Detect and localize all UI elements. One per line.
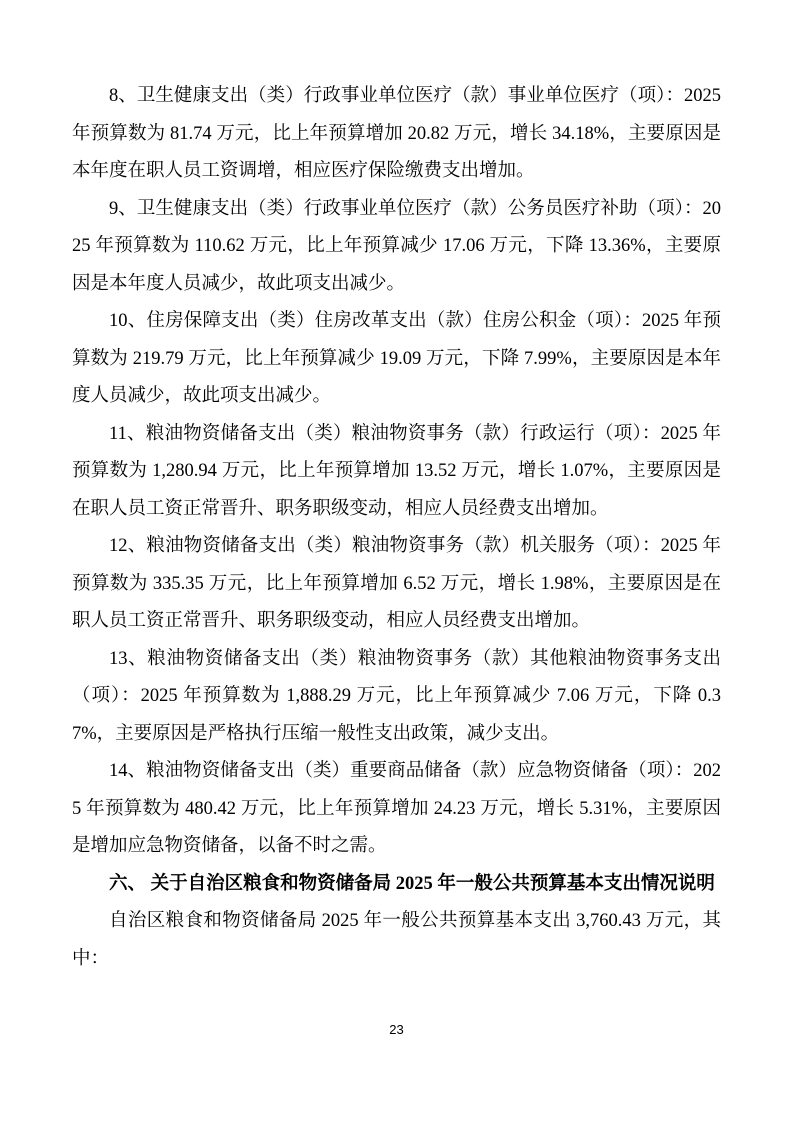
budget-item-paragraph-11: 11、粮油物资储备支出（类）粮油物资事务（款）行政运行（项）：2025 年预算数… — [72, 416, 721, 529]
budget-item-paragraph-8: 8、卫生健康支出（类）行政事业单位医疗（款）事业单位医疗（项）：2025 年预算… — [72, 78, 721, 191]
budget-item-paragraph-9: 9、卫生健康支出（类）行政事业单位医疗（款）公务员医疗补助（项）：2025 年预… — [72, 191, 721, 304]
budget-item-paragraph-14: 14、粮油物资储备支出（类）重要商品储备（款）应急物资储备（项）：2025 年预… — [72, 753, 721, 866]
closing-paragraph: 自治区粮食和物资储备局 2025 年一般公共预算基本支出 3,760.43 万元… — [72, 903, 721, 978]
section-heading: 六、 关于自治区粮食和物资储备局 2025 年一般公共预算基本支出情况说明 — [72, 866, 721, 904]
page-number: 23 — [389, 1022, 403, 1037]
document-page: 8、卫生健康支出（类）行政事业单位医疗（款）事业单位医疗（项）：2025 年预算… — [0, 0, 793, 1122]
page-footer: 23 — [0, 1022, 793, 1038]
budget-item-paragraph-10: 10、住房保障支出（类）住房改革支出（款）住房公积金（项）：2025 年预算数为… — [72, 303, 721, 416]
document-body: 8、卫生健康支出（类）行政事业单位医疗（款）事业单位医疗（项）：2025 年预算… — [72, 78, 721, 978]
budget-item-paragraph-12: 12、粮油物资储备支出（类）粮油物资事务（款）机关服务（项）：2025 年预算数… — [72, 528, 721, 641]
budget-item-paragraph-13: 13、粮油物资储备支出（类）粮油物资事务（款）其他粮油物资事务支出（项）：202… — [72, 641, 721, 754]
